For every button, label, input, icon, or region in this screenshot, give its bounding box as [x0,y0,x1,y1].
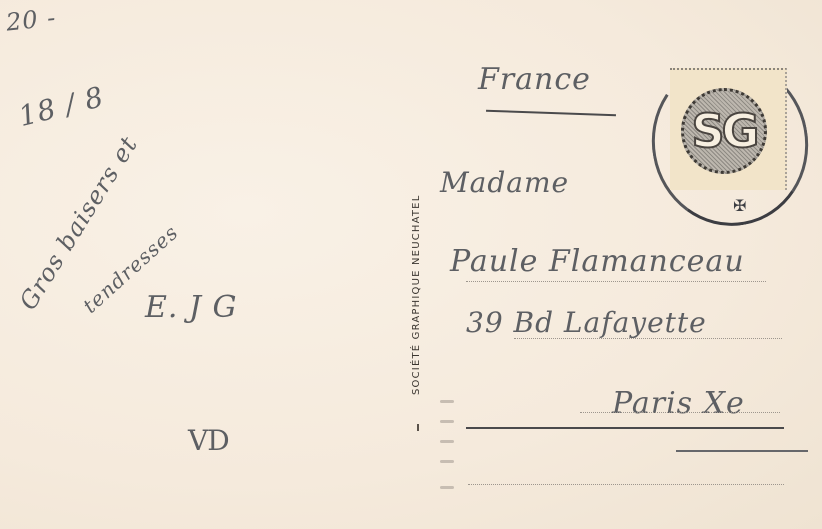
address-line-2 [514,338,782,339]
publisher-imprint: SOCIÉTÉ GRAPHIQUE NEUCHATEL [411,195,422,395]
stamp-label: SG [692,104,757,158]
stamp-sg: SG [681,88,767,174]
edge-mark [440,460,454,463]
address-line-3 [580,412,780,413]
message-initials: VD [188,424,229,457]
edge-mark [440,486,454,489]
message-date: 18 / 8 [15,80,107,133]
swiss-cross-icon: ✠ [733,196,746,215]
address-line-4 [468,484,784,485]
edge-mark [440,440,454,443]
address-country: France [478,62,591,97]
divider-tick [417,424,419,431]
city-underline-2 [676,450,808,452]
address-name: Paule Flamanceau [450,244,745,279]
price-note: 20 - [5,3,58,36]
address-salutation: Madame [440,166,569,199]
edge-mark [440,400,454,403]
edge-mark [440,420,454,423]
message-signature: E. J G [145,290,238,325]
country-underline [486,110,616,117]
address-street: 39 Bd Lafayette [466,306,707,339]
postcard-back: 20 - 18 / 8 Gros baisers et tendresses E… [0,0,822,529]
city-underline [466,427,784,429]
address-city: Paris Xe [612,386,745,421]
address-line-1 [466,281,766,282]
